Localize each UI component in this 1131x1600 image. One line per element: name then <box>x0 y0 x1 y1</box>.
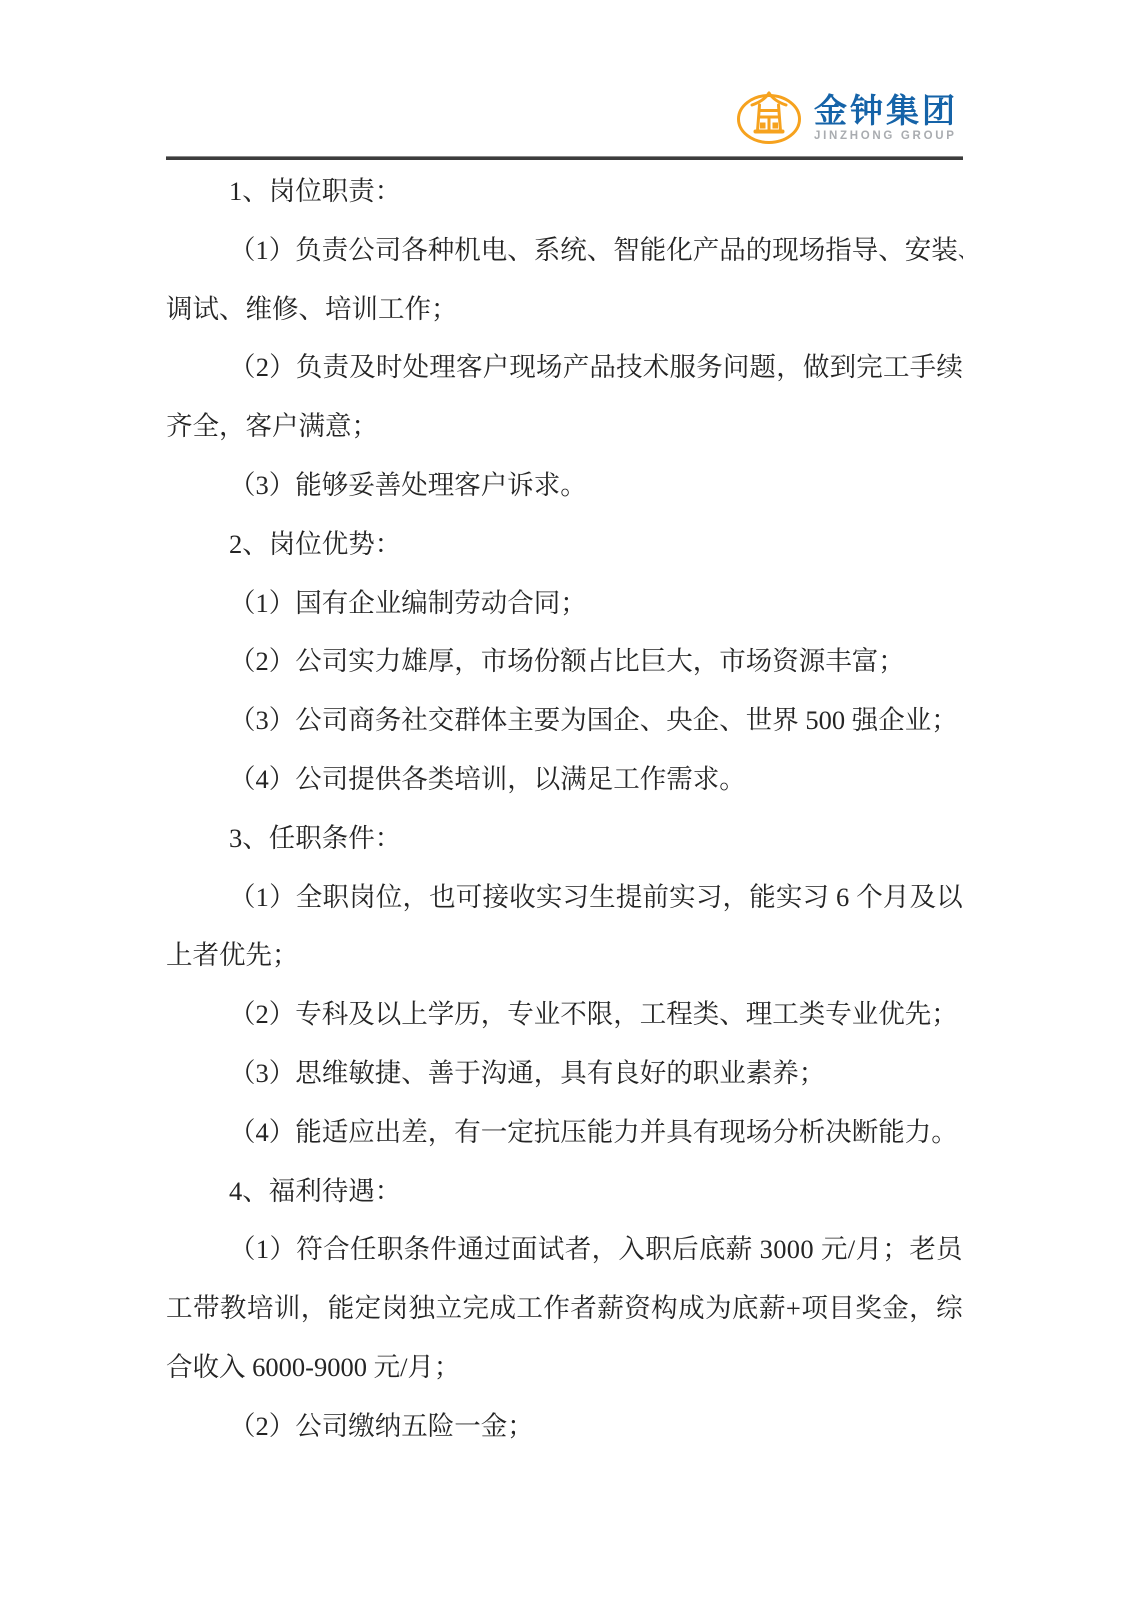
document-char: 位 <box>376 868 403 927</box>
document-char: 司 <box>375 221 402 280</box>
document-char: 职 <box>377 1220 404 1279</box>
document-body: 1、岗位职责：（1）负责公司各种机电、系统、智能化产品的现场指导、安装、调试、维… <box>166 162 963 1456</box>
document-char: 0 <box>773 1220 786 1279</box>
document-char: 品 <box>719 221 746 280</box>
document-line: （2）专科及以上学历，专业不限，工程类、理工类专业优先； <box>166 985 963 1044</box>
document-char: 、 <box>878 221 905 280</box>
document-char: 符 <box>296 1220 323 1279</box>
document-char: ， <box>909 1279 936 1338</box>
document-line: 4、福利待遇： <box>166 1162 963 1221</box>
document-char: 实 <box>669 868 696 927</box>
document-char: 奖 <box>855 1279 882 1338</box>
document-char: 薪 <box>759 1279 786 1338</box>
document-char: 化 <box>666 221 693 280</box>
document-char: 能 <box>749 868 776 927</box>
document-char: 为 <box>705 1279 732 1338</box>
document-char: 过 <box>484 1220 511 1279</box>
company-name-en: JINZHONG GROUP <box>814 130 958 142</box>
document-char: 成 <box>678 1279 705 1338</box>
document-line: 2、岗位优势： <box>166 515 963 574</box>
document-char: 工 <box>516 1279 543 1338</box>
document-char: 安 <box>905 221 932 280</box>
document-char: 训 <box>274 1279 301 1338</box>
document-char: 者 <box>565 1220 592 1279</box>
document-line: （1）符合任职条件通过面试者，入职后底薪 3000 元/月；老员 <box>166 1220 963 1279</box>
document-char: 职 <box>645 1220 672 1279</box>
document-char: 月 <box>883 868 910 927</box>
document-char: 0 <box>787 1220 800 1279</box>
document-char: 系 <box>534 221 561 280</box>
document-char: 件 <box>431 1220 458 1279</box>
document-char: 实 <box>776 868 803 927</box>
document-char: 1 <box>256 221 269 280</box>
document-char: 负 <box>296 338 323 397</box>
document-char: 生 <box>589 868 616 927</box>
document-char: ， <box>402 868 429 927</box>
document-char: 公 <box>348 221 375 280</box>
document-char: 作 <box>543 1279 570 1338</box>
document-char: 工 <box>166 1279 193 1338</box>
document-char: 教 <box>220 1279 247 1338</box>
document-char: 习 <box>696 868 723 927</box>
document-char: 面 <box>511 1220 538 1279</box>
document-char <box>814 1220 821 1279</box>
document-char: ， <box>723 868 750 927</box>
document-char: 术 <box>643 338 670 397</box>
document-char: ， <box>301 1279 328 1338</box>
document-char: 场 <box>536 338 563 397</box>
document-char: 也 <box>429 868 456 927</box>
company-logo-text: 金钟集团 JINZHONG GROUP <box>814 86 958 142</box>
document-char: 培 <box>247 1279 274 1338</box>
document-char: 1 <box>256 868 269 927</box>
document-char: 处 <box>403 338 430 397</box>
document-char: ） <box>269 1220 296 1279</box>
document-char: 个 <box>856 868 883 927</box>
document-char: 资 <box>624 1279 651 1338</box>
document-char: 习 <box>803 868 830 927</box>
document-char: 通 <box>457 1220 484 1279</box>
document-char: 立 <box>436 1279 463 1338</box>
document-line: （1）负责公司各种机电、系统、智能化产品的现场指导、安装、 <box>166 221 963 280</box>
document-char: 及 <box>349 338 376 397</box>
document-char: 种 <box>428 221 455 280</box>
document-char: ； <box>882 1220 909 1279</box>
document-char: 薪 <box>597 1279 624 1338</box>
document-char: 薪 <box>726 1220 753 1279</box>
document-char: 收 <box>509 868 536 927</box>
document-char: 责 <box>322 221 349 280</box>
document-char: 试 <box>538 1220 565 1279</box>
document-char: 底 <box>732 1279 759 1338</box>
document-char: 各 <box>401 221 428 280</box>
document-line: （3）思维敏捷、善于沟通，具有良好的职业素养； <box>166 1044 963 1103</box>
document-char: 目 <box>828 1279 855 1338</box>
document-char: 品 <box>589 338 616 397</box>
document-char: 岗 <box>349 868 376 927</box>
document-char: 提 <box>616 868 643 927</box>
document-char: / <box>848 1220 855 1279</box>
document-char: 带 <box>193 1279 220 1338</box>
document-char: 场 <box>799 221 826 280</box>
document-char: 电 <box>481 221 508 280</box>
document-char: 前 <box>643 868 670 927</box>
document-char: 可 <box>456 868 483 927</box>
document-char: 习 <box>562 868 589 927</box>
document-char: 及 <box>910 868 937 927</box>
document-char: 统 <box>560 221 587 280</box>
document-char: 完 <box>462 1279 489 1338</box>
document-char: 、 <box>507 221 534 280</box>
document-char: 1 <box>256 1220 269 1279</box>
document-char: 装 <box>931 221 958 280</box>
document-char: 到 <box>830 338 857 397</box>
document-char: ， <box>592 1220 619 1279</box>
document-char: 岗 <box>382 1279 409 1338</box>
document-line: （4）能适应出差，有一定抗压能力并具有现场分析决断能力。 <box>166 1103 963 1162</box>
document-char <box>829 868 836 927</box>
document-char: ） <box>269 338 296 397</box>
document-char: 智 <box>613 221 640 280</box>
header-divider <box>166 156 963 160</box>
document-char: 产 <box>693 221 720 280</box>
document-char: 实 <box>536 868 563 927</box>
document-line: （1）国有企业编制劳动合同； <box>166 574 963 633</box>
document-char: 责 <box>323 338 350 397</box>
document-char: 能 <box>640 221 667 280</box>
document-char: 成 <box>489 1279 516 1338</box>
document-char: 后 <box>672 1220 699 1279</box>
document-line: （1）全职岗位，也可接收实习生提前实习，能实习 6 个月及以 <box>166 868 963 927</box>
document-char: 0 <box>800 1220 813 1279</box>
document-char: 2 <box>256 338 269 397</box>
document-char: 能 <box>328 1279 355 1338</box>
document-char: ） <box>269 221 296 280</box>
document-line: 齐全，客户满意； <box>166 397 963 456</box>
document-char: 指 <box>825 221 852 280</box>
document-char: 、 <box>587 221 614 280</box>
document-line: 1、岗位职责： <box>166 162 963 221</box>
document-char: 条 <box>404 1220 431 1279</box>
document-line: （2）公司实力雄厚，市场份额占比巨大，市场资源丰富； <box>166 632 963 691</box>
company-logo: 金钟集团 JINZHONG GROUP <box>736 86 958 146</box>
document-char: 客 <box>456 338 483 397</box>
document-char: 底 <box>699 1220 726 1279</box>
document-line: （3）能够妥善处理客户诉求。 <box>166 456 963 515</box>
document-char <box>753 1220 760 1279</box>
document-char: 务 <box>696 338 723 397</box>
document-char: 的 <box>746 221 773 280</box>
document-line: （3）公司商务社交群体主要为国企、央企、世界 500 强企业； <box>166 691 963 750</box>
document-line: 3、任职条件： <box>166 809 963 868</box>
document-char: 做 <box>803 338 830 397</box>
document-char: 题 <box>750 338 777 397</box>
document-char: 技 <box>616 338 643 397</box>
document-char: 以 <box>936 868 963 927</box>
jinzhong-bell-icon <box>736 86 802 146</box>
document-char: 合 <box>323 1220 350 1279</box>
document-char: + <box>786 1279 801 1338</box>
document-char: 接 <box>482 868 509 927</box>
document-char: （ <box>229 1220 256 1279</box>
document-char: （ <box>229 221 256 280</box>
document-line: （2）负责及时处理客户现场产品技术服务问题，做到完工手续 <box>166 338 963 397</box>
document-line: 工带教培训，能定岗独立完成工作者薪资构成为底薪+项目奖金，综 <box>166 1279 963 1338</box>
document-char: 任 <box>350 1220 377 1279</box>
document-char: 现 <box>772 221 799 280</box>
document-char: （ <box>229 338 256 397</box>
document-char: ， <box>776 338 803 397</box>
document-char: 项 <box>801 1279 828 1338</box>
document-char: 综 <box>936 1279 963 1338</box>
document-char: ） <box>269 868 296 927</box>
document-char <box>849 868 856 927</box>
document-char: 职 <box>322 868 349 927</box>
document-char: 入 <box>618 1220 645 1279</box>
document-line: 上者优先； <box>166 926 963 985</box>
document-char: 服 <box>669 338 696 397</box>
document-char: 导 <box>852 221 879 280</box>
document-char: 构 <box>651 1279 678 1338</box>
document-line: （4）公司提供各类培训，以满足工作需求。 <box>166 750 963 809</box>
document-char: 者 <box>570 1279 597 1338</box>
document-char: 工 <box>883 338 910 397</box>
document-line: （2）公司缴纳五险一金； <box>166 1397 963 1456</box>
document-char: 6 <box>836 868 849 927</box>
document-char: 定 <box>355 1279 382 1338</box>
document-char: 月 <box>856 1220 883 1279</box>
document-char: 时 <box>376 338 403 397</box>
document-char: 手 <box>910 338 937 397</box>
document-char: 机 <box>454 221 481 280</box>
document-char: 、 <box>958 221 963 280</box>
document-char: 现 <box>509 338 536 397</box>
document-char: 金 <box>882 1279 909 1338</box>
document-char: 产 <box>563 338 590 397</box>
document-char: 负 <box>295 221 322 280</box>
document-char: 元 <box>821 1220 848 1279</box>
document-char: 3 <box>760 1220 773 1279</box>
document-char: 老 <box>909 1220 936 1279</box>
document-char: 理 <box>429 338 456 397</box>
company-name-cn: 金钟集团 <box>814 94 958 127</box>
document-char: 完 <box>856 338 883 397</box>
document-char: 续 <box>936 338 963 397</box>
document-char: 全 <box>296 868 323 927</box>
document-char: 问 <box>723 338 750 397</box>
document-char: （ <box>229 868 256 927</box>
document-char: 员 <box>936 1220 963 1279</box>
document-char: 户 <box>483 338 510 397</box>
document-line: 调试、维修、培训工作； <box>166 280 963 339</box>
document-char: 独 <box>409 1279 436 1338</box>
document-line: 合收入 6000-9000 元/月； <box>166 1338 963 1397</box>
